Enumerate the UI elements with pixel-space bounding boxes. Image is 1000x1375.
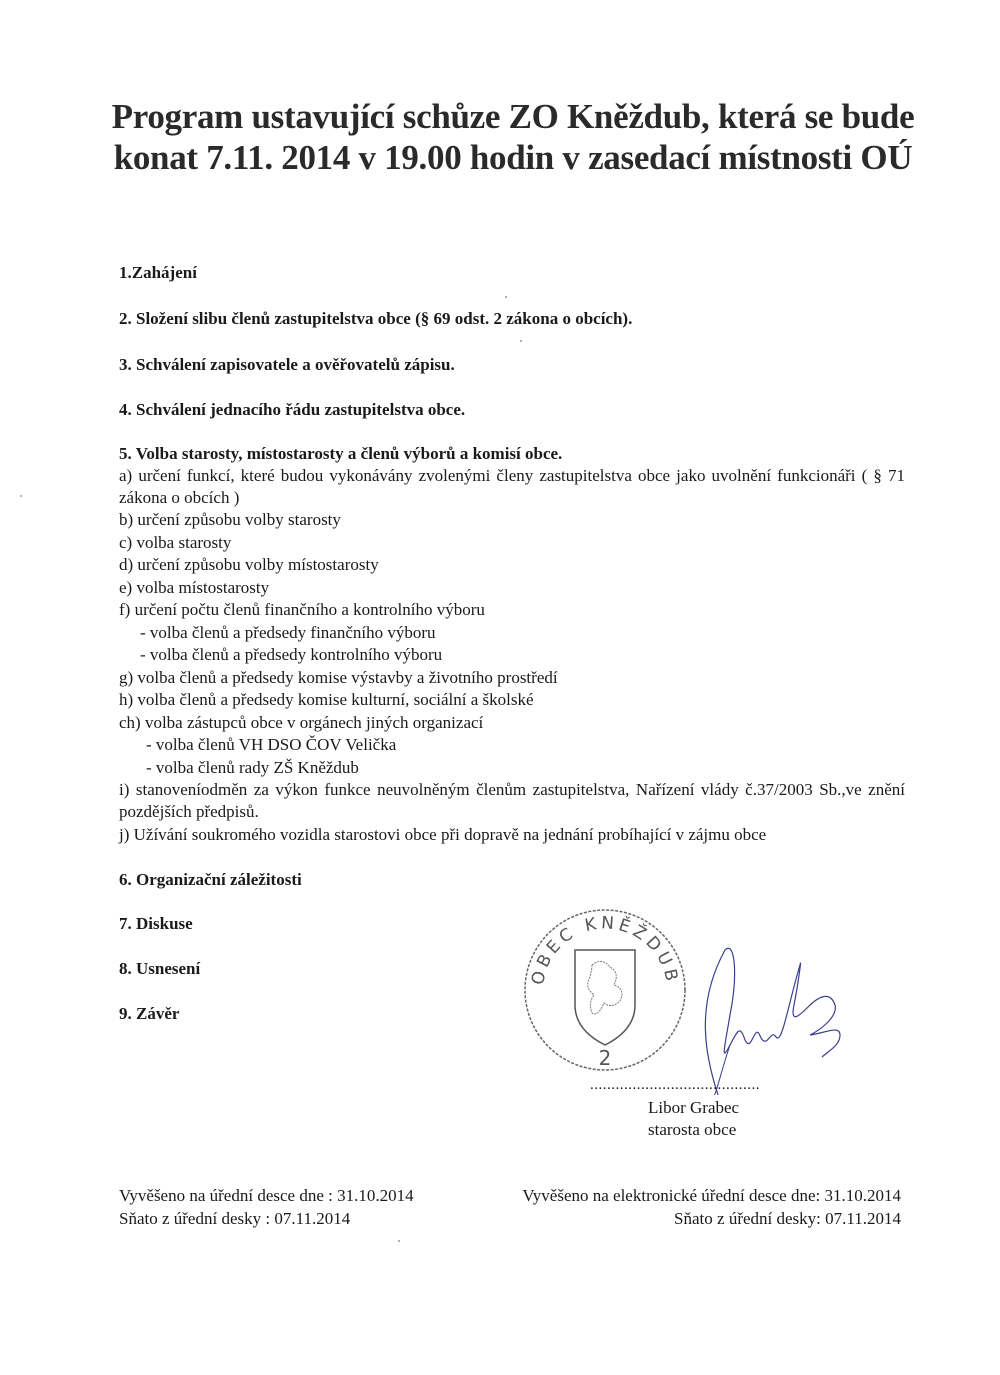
agenda-item-4: 4. Schválení jednacího řádu zastupitelst… [119, 400, 465, 420]
document-title: Program ustavující schůze ZO Kněždub, kt… [0, 96, 1000, 178]
agenda-item-8: 8. Usnesení [119, 959, 200, 979]
agenda-item-2: 2. Složení slibu členů zastupitelstva ob… [119, 309, 632, 329]
sub-item-a: a) určení funkcí, které budou vykonávány… [119, 465, 905, 509]
scan-speck [398, 1240, 400, 1242]
agenda-item-9: 9. Závěr [119, 1004, 179, 1024]
agenda-item-1: 1.Zahájení [119, 263, 197, 283]
official-stamp-icon: OBEC KNĚŽDUB 2 [520, 905, 690, 1075]
sub-item-f-1: - volba členů a předsedy finančního výbo… [140, 622, 926, 644]
scan-speck [520, 340, 522, 342]
sub-item-ch-2: - volba členů rady ZŠ Kněždub [146, 757, 932, 779]
signature-line: ........................................ [590, 1077, 760, 1094]
sub-item-ch-1: - volba členů VH DSO ČOV Velička [146, 734, 932, 756]
sub-item-c: c) volba starosty [119, 532, 905, 554]
title-line-2: konat 7.11. 2014 v 19.00 hodin v zasedac… [0, 137, 1000, 178]
agenda-item-6: 6. Organizační záležitosti [119, 870, 302, 890]
posted-on-board: Vyvěšeno na úřední desce dne : 31.10.201… [119, 1186, 414, 1206]
scan-speck [505, 296, 507, 298]
sub-item-f: f) určení počtu členů finančního a kontr… [119, 599, 905, 621]
posted-on-electronic-board: Vyvěšeno na elektronické úřední desce dn… [522, 1186, 901, 1206]
signature-icon [690, 945, 860, 1095]
signatory-role: starosta obce [648, 1120, 736, 1140]
removed-from-board: Sňato z úřední desky : 07.11.2014 [119, 1209, 350, 1229]
stamp-number: 2 [599, 1046, 612, 1070]
sub-item-i: i) stanoveníodměn za výkon funkce neuvol… [119, 779, 905, 823]
sub-item-j: j) Užívání soukromého vozidla starostovi… [119, 824, 905, 846]
title-line-1: Program ustavující schůze ZO Kněždub, kt… [0, 96, 1000, 137]
removed-from-electronic-board: Sňato z úřední desky: 07.11.2014 [674, 1209, 901, 1229]
sub-item-f-2: - volba členů a předsedy kontrolního výb… [140, 644, 926, 666]
sub-item-b: b) určení způsobu volby starosty [119, 509, 905, 531]
agenda-item-7: 7. Diskuse [119, 914, 193, 934]
sub-item-h: h) volba členů a předsedy komise kulturn… [119, 689, 905, 711]
scan-speck [20, 495, 22, 497]
sub-item-d: d) určení způsobu volby místostarosty [119, 554, 905, 576]
signatory-name: Libor Grabec [648, 1098, 739, 1118]
agenda-item-5: 5. Volba starosty, místostarosty a členů… [119, 444, 562, 464]
sub-item-ch: ch) volba zástupců obce v orgánech jinýc… [119, 712, 905, 734]
sub-item-g: g) volba členů a předsedy komise výstavb… [119, 667, 905, 689]
sub-item-e: e) volba místostarosty [119, 577, 905, 599]
agenda-item-3: 3. Schválení zapisovatele a ověřovatelů … [119, 355, 455, 375]
